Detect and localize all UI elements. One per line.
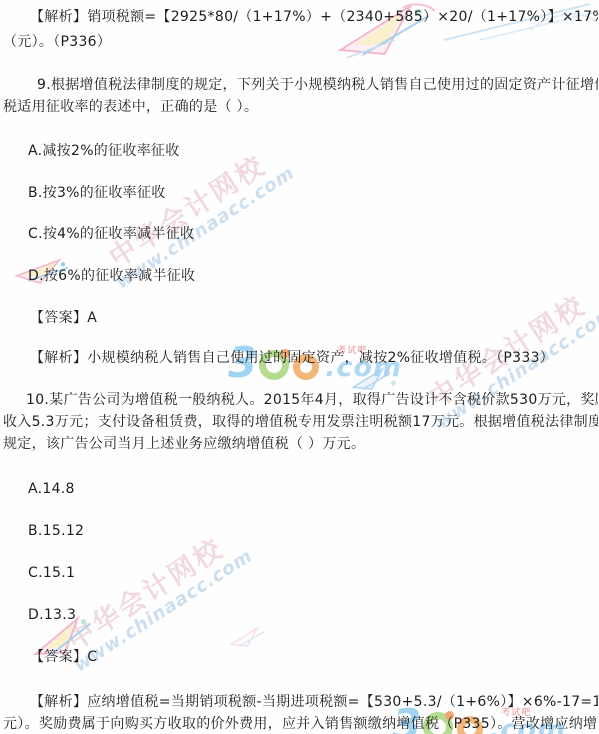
q8-analysis-line1: 【解析】销项税额=【2925*80/（1+17%）+（2340+585）×20/… [3,9,598,26]
q9-option-c: C.按4%的征收率减半征收 [3,226,598,243]
q10-analysis-line2: 元）。奖励费属于向购买方收取的价外费用，应并入销售额缴纳增值税（P335）。营改… [3,716,598,733]
q9-analysis: 【解析】小规模纳税人销售自己使用过的固定资产，减按2%征收增值税。（P333） [3,350,598,367]
q8-analysis-line2: （元）。（P336） [3,34,598,51]
document-text: 【解析】销项税额=【2925*80/（1+17%）+（2340+585）×20/… [0,0,599,734]
q10-option-c: C.15.1 [3,565,598,582]
q9-stem-line2: 税适用征收率的表述中，正确的是（ ）。 [3,99,598,116]
q9-stem-line1: 9.根据增值税法律制度的规定，下列关于小规模纳税人销售自己使用过的固定资产计征增… [3,77,598,94]
q10-analysis-line1: 【解析】应纳增值税=当期销项税额-当期进项税额=【530+5.3/（1+6%）】… [3,694,598,711]
q9-option-a: A.减按2%的征收率征收 [3,143,598,160]
q10-stem-line1: 10.某广告公司为增值税一般纳税人。2015年4月，取得广告设计不含税价款530… [3,392,598,409]
q9-option-d: D.按6%的征收率减半征收 [3,268,598,285]
q9-answer: 【答案】A [3,310,598,327]
q10-option-d: D.13.3 [3,607,598,624]
q9-option-b: B.按3%的征收率征收 [3,185,598,202]
document-page: 中华会计网校 www.chinaacc.com 中华会计网校 www.china… [0,0,599,734]
q10-option-b: B.15.12 [3,523,598,540]
q10-stem-line3: 规定，该广告公司当月上述业务应缴纳增值税（ ）万元。 [3,436,598,453]
q10-answer: 【答案】C [3,649,598,666]
q10-option-a: A.14.8 [3,481,598,498]
q10-stem-line2: 收入5.3万元；支付设备租赁费，取得的增值税专用发票注明税额17万元。根据增值税… [3,414,598,431]
